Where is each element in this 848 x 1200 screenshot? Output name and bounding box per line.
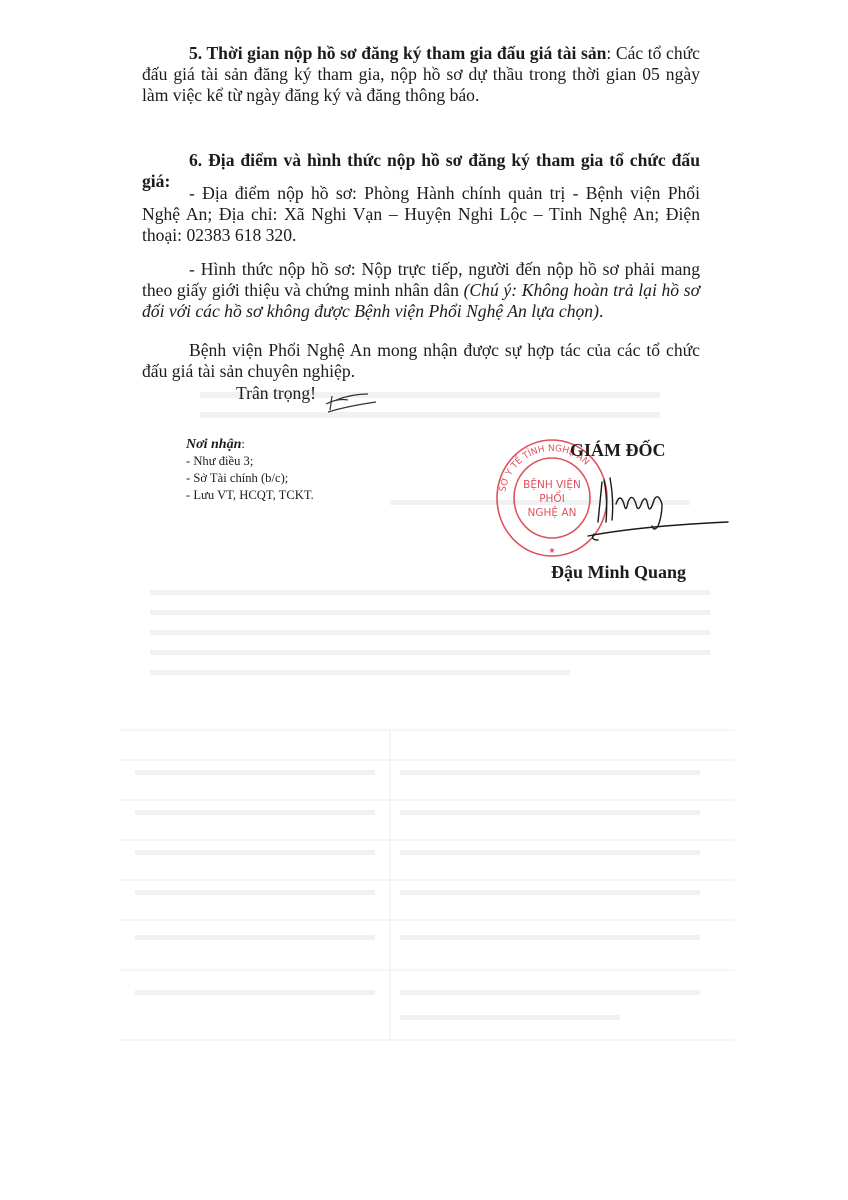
recipients-title-colon: :: [241, 437, 245, 451]
signatory-name: Đậu Minh Quang: [551, 562, 686, 583]
recipient-item: - Như điều 3;: [186, 453, 314, 470]
stamp-star-icon: ★: [548, 546, 555, 555]
document-page: 5. Thời gian nộp hồ sơ đăng ký tham gia …: [0, 0, 848, 1200]
submission-method-end: .: [599, 301, 603, 321]
regards-text: Trân trọng!: [236, 383, 316, 404]
section-5-heading: 5. Thời gian nộp hồ sơ đăng ký tham gia …: [189, 43, 606, 63]
submission-location-paragraph: - Địa điểm nộp hồ sơ: Phòng Hành chính q…: [142, 183, 700, 246]
stamp-center-line: BỆNH VIỆN: [523, 478, 581, 491]
recipient-item: - Lưu VT, HCQT, TCKT.: [186, 487, 314, 504]
closing-paragraph: Bệnh viện Phổi Nghệ An mong nhận được sự…: [142, 340, 700, 382]
handwritten-signature-icon: [580, 470, 730, 550]
submission-method-paragraph: - Hình thức nộp hồ sơ: Nộp trực tiếp, ng…: [142, 259, 700, 322]
recipient-item: - Sở Tài chính (b/c);: [186, 470, 314, 487]
recipients-block: Nơi nhận: - Như điều 3; - Sở Tài chính (…: [186, 436, 314, 504]
stamp-center-line: NGHỆ AN: [528, 506, 577, 519]
section-5-paragraph: 5. Thời gian nộp hồ sơ đăng ký tham gia …: [142, 43, 700, 106]
signatory-title: GIÁM ĐỐC: [570, 440, 666, 461]
recipients-title: Nơi nhận: [186, 437, 241, 452]
initial-mark-icon: [318, 388, 378, 418]
stamp-center-line: PHỔI: [539, 490, 565, 505]
